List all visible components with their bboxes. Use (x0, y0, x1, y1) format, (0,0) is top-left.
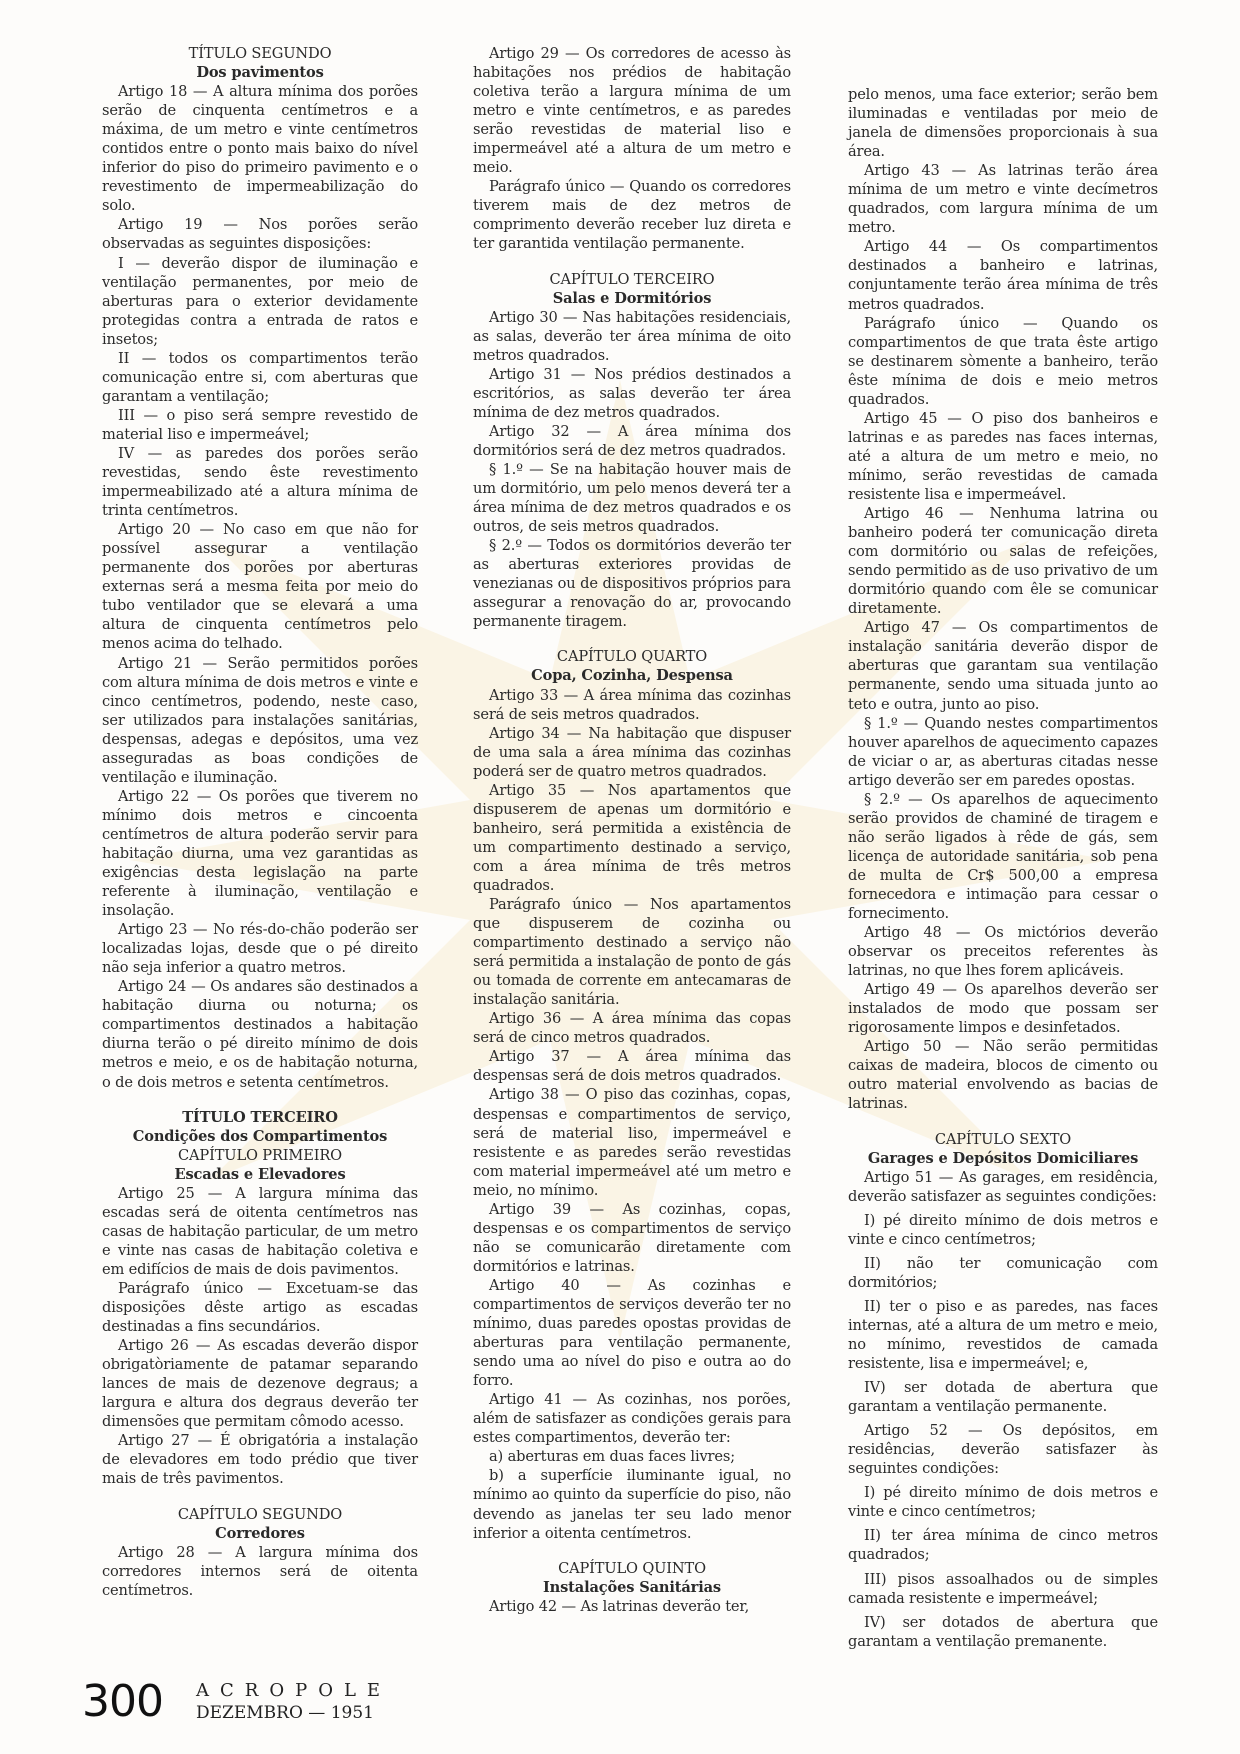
paragraph: Artigo 43 — As latrinas terão área mínim… (848, 161, 1158, 237)
paragraph: IV) ser dotados de abertura que garantam… (848, 1613, 1158, 1651)
paragraph: pelo menos, uma face exterior; serão bem… (848, 85, 1158, 161)
paragraph: Artigo 29 — Os corredores de acesso às h… (473, 44, 791, 177)
paragraph: Artigo 44 — Os compartimentos destinados… (848, 237, 1158, 313)
paragraph: Artigo 45 — O piso dos banheiros e latri… (848, 409, 1158, 504)
section-heading: TÍTULO TERCEIRO (102, 1108, 418, 1127)
paragraph: Parágrafo único — Quando os compartiment… (848, 314, 1158, 409)
paragraph: Artigo 23 — No rés-do-chão poderão ser l… (102, 920, 418, 977)
paragraph: Artigo 19 — Nos porões serão observadas … (102, 215, 418, 253)
paragraph: Parágrafo único — Excetuam-se das dispos… (102, 1279, 418, 1336)
paragraph: Artigo 40 — As cozinhas e compartimentos… (473, 1276, 791, 1390)
text-column-1: TÍTULO SEGUNDODos pavimentosArtigo 18 — … (102, 44, 418, 1600)
section-subheading: Copa, Cozinha, Despensa (473, 666, 791, 685)
paragraph: Artigo 34 — Na habitação que dispuser de… (473, 724, 791, 781)
paragraph: III) pisos assoalhados ou de simples cam… (848, 1570, 1158, 1608)
section-heading: CAPÍTULO SEGUNDO (102, 1505, 418, 1524)
paragraph: Artigo 24 — Os andares são destinados a … (102, 977, 418, 1091)
paragraph: I) pé direito mínimo de dois metros e vi… (848, 1483, 1158, 1521)
paragraph: Artigo 30 — Nas habitações residenciais,… (473, 308, 791, 365)
paragraph: II) não ter comunicação com dormitórios; (848, 1254, 1158, 1292)
paragraph: Artigo 50 — Não serão permitidas caixas … (848, 1037, 1158, 1113)
paragraph: Artigo 37 — A área mínima das despensas … (473, 1047, 791, 1085)
paragraph: a) aberturas em duas faces livres; (473, 1447, 791, 1466)
paragraph: III — o piso será sempre revestido de ma… (102, 406, 418, 444)
paragraph: II) ter área mínima de cinco metros quad… (848, 1526, 1158, 1564)
paragraph: Parágrafo único — Quando os corredores t… (473, 177, 791, 253)
paragraph: Artigo 18 — A altura mínima dos porões s… (102, 82, 418, 215)
section-heading: CAPÍTULO QUARTO (473, 647, 791, 666)
section-heading: CAPÍTULO TERCEIRO (473, 270, 791, 289)
paragraph: Artigo 21 — Serão permitidos porões com … (102, 654, 418, 787)
section-subheading: Condições dos Compartimentos (102, 1127, 418, 1146)
magazine-name: ACROPOLE (196, 1681, 391, 1701)
section-subheading: Salas e Dormitórios (473, 289, 791, 308)
section-heading: CAPÍTULO PRIMEIRO (102, 1146, 418, 1165)
text-column-2: Artigo 29 — Os corredores de acesso às h… (473, 44, 791, 1616)
paragraph: Artigo 20 — No caso em que não for possí… (102, 520, 418, 653)
paragraph: Artigo 52 — Os depósitos, em residências… (848, 1421, 1158, 1478)
paragraph: IV) ser dotada de abertura que garantam … (848, 1378, 1158, 1416)
paragraph: Artigo 41 — As cozinhas, nos porões, alé… (473, 1390, 791, 1447)
section-subheading: Instalações Sanitárias (473, 1578, 791, 1597)
paragraph: § 1.º — Se na habitação houver mais de u… (473, 460, 791, 536)
paragraph: I) pé direito mínimo de dois metros e vi… (848, 1211, 1158, 1249)
page-number: 300 (82, 1680, 163, 1724)
paragraph: Artigo 49 — Os aparelhos deverão ser ins… (848, 980, 1158, 1037)
paragraph: Artigo 46 — Nenhuma latrina ou banheiro … (848, 504, 1158, 618)
paragraph: § 1.º — Quando nestes compartimentos hou… (848, 714, 1158, 790)
paragraph: Artigo 32 — A área mínima dos dormitório… (473, 422, 791, 460)
paragraph: b) a superfície iluminante igual, no mín… (473, 1466, 791, 1542)
paragraph: Artigo 22 — Os porões que tiverem no mín… (102, 787, 418, 920)
section-heading: CAPÍTULO QUINTO (473, 1559, 791, 1578)
paragraph: Artigo 36 — A área mínima das copas será… (473, 1009, 791, 1047)
section-subheading: Escadas e Elevadores (102, 1165, 418, 1184)
section-heading: CAPÍTULO SEXTO (848, 1130, 1158, 1149)
section-subheading: Dos pavimentos (102, 63, 418, 82)
paragraph: Artigo 25 — A largura mínima das escadas… (102, 1184, 418, 1279)
paragraph: Artigo 38 — O piso das cozinhas, copas, … (473, 1085, 791, 1199)
paragraph: Artigo 35 — Nos apartamentos que dispuse… (473, 781, 791, 895)
paragraph: Artigo 33 — A área mínima das cozinhas s… (473, 686, 791, 724)
paragraph: § 2.º — Todos os dormitórios deverão ter… (473, 536, 791, 631)
paragraph: II) ter o piso e as paredes, nas faces i… (848, 1297, 1158, 1373)
paragraph: Artigo 51 — As garages, em residência, d… (848, 1168, 1158, 1206)
paragraph: Artigo 39 — As cozinhas, copas, despensa… (473, 1200, 791, 1276)
paragraph: Artigo 48 — Os mictórios deverão observa… (848, 923, 1158, 980)
issue-date: DEZEMBRO — 1951 (196, 1703, 374, 1723)
paragraph: Artigo 42 — As latrinas deverão ter, (473, 1597, 791, 1616)
paragraph: IV — as paredes dos porões serão revesti… (102, 444, 418, 520)
paragraph: Artigo 47 — Os compartimentos de instala… (848, 618, 1158, 713)
paragraph: II — todos os compartimentos terão comun… (102, 349, 418, 406)
paragraph: Artigo 31 — Nos prédios destinados a esc… (473, 365, 791, 422)
paragraph: Artigo 26 — As escadas deverão dispor ob… (102, 1336, 418, 1431)
paragraph: Artigo 28 — A largura mínima dos corredo… (102, 1543, 418, 1600)
paragraph: Artigo 27 — É obrigatória a instalação d… (102, 1431, 418, 1488)
paragraph: § 2.º — Os aparelhos de aquecimento serã… (848, 790, 1158, 923)
text-column-3: pelo menos, uma face exterior; serão bem… (848, 85, 1158, 1651)
paragraph: I — deverão dispor de iluminação e venti… (102, 254, 418, 349)
paragraph: Parágrafo único — Nos apartamentos que d… (473, 895, 791, 1009)
section-subheading: Garages e Depósitos Domiciliares (848, 1149, 1158, 1168)
section-heading: TÍTULO SEGUNDO (102, 44, 418, 63)
section-subheading: Corredores (102, 1524, 418, 1543)
